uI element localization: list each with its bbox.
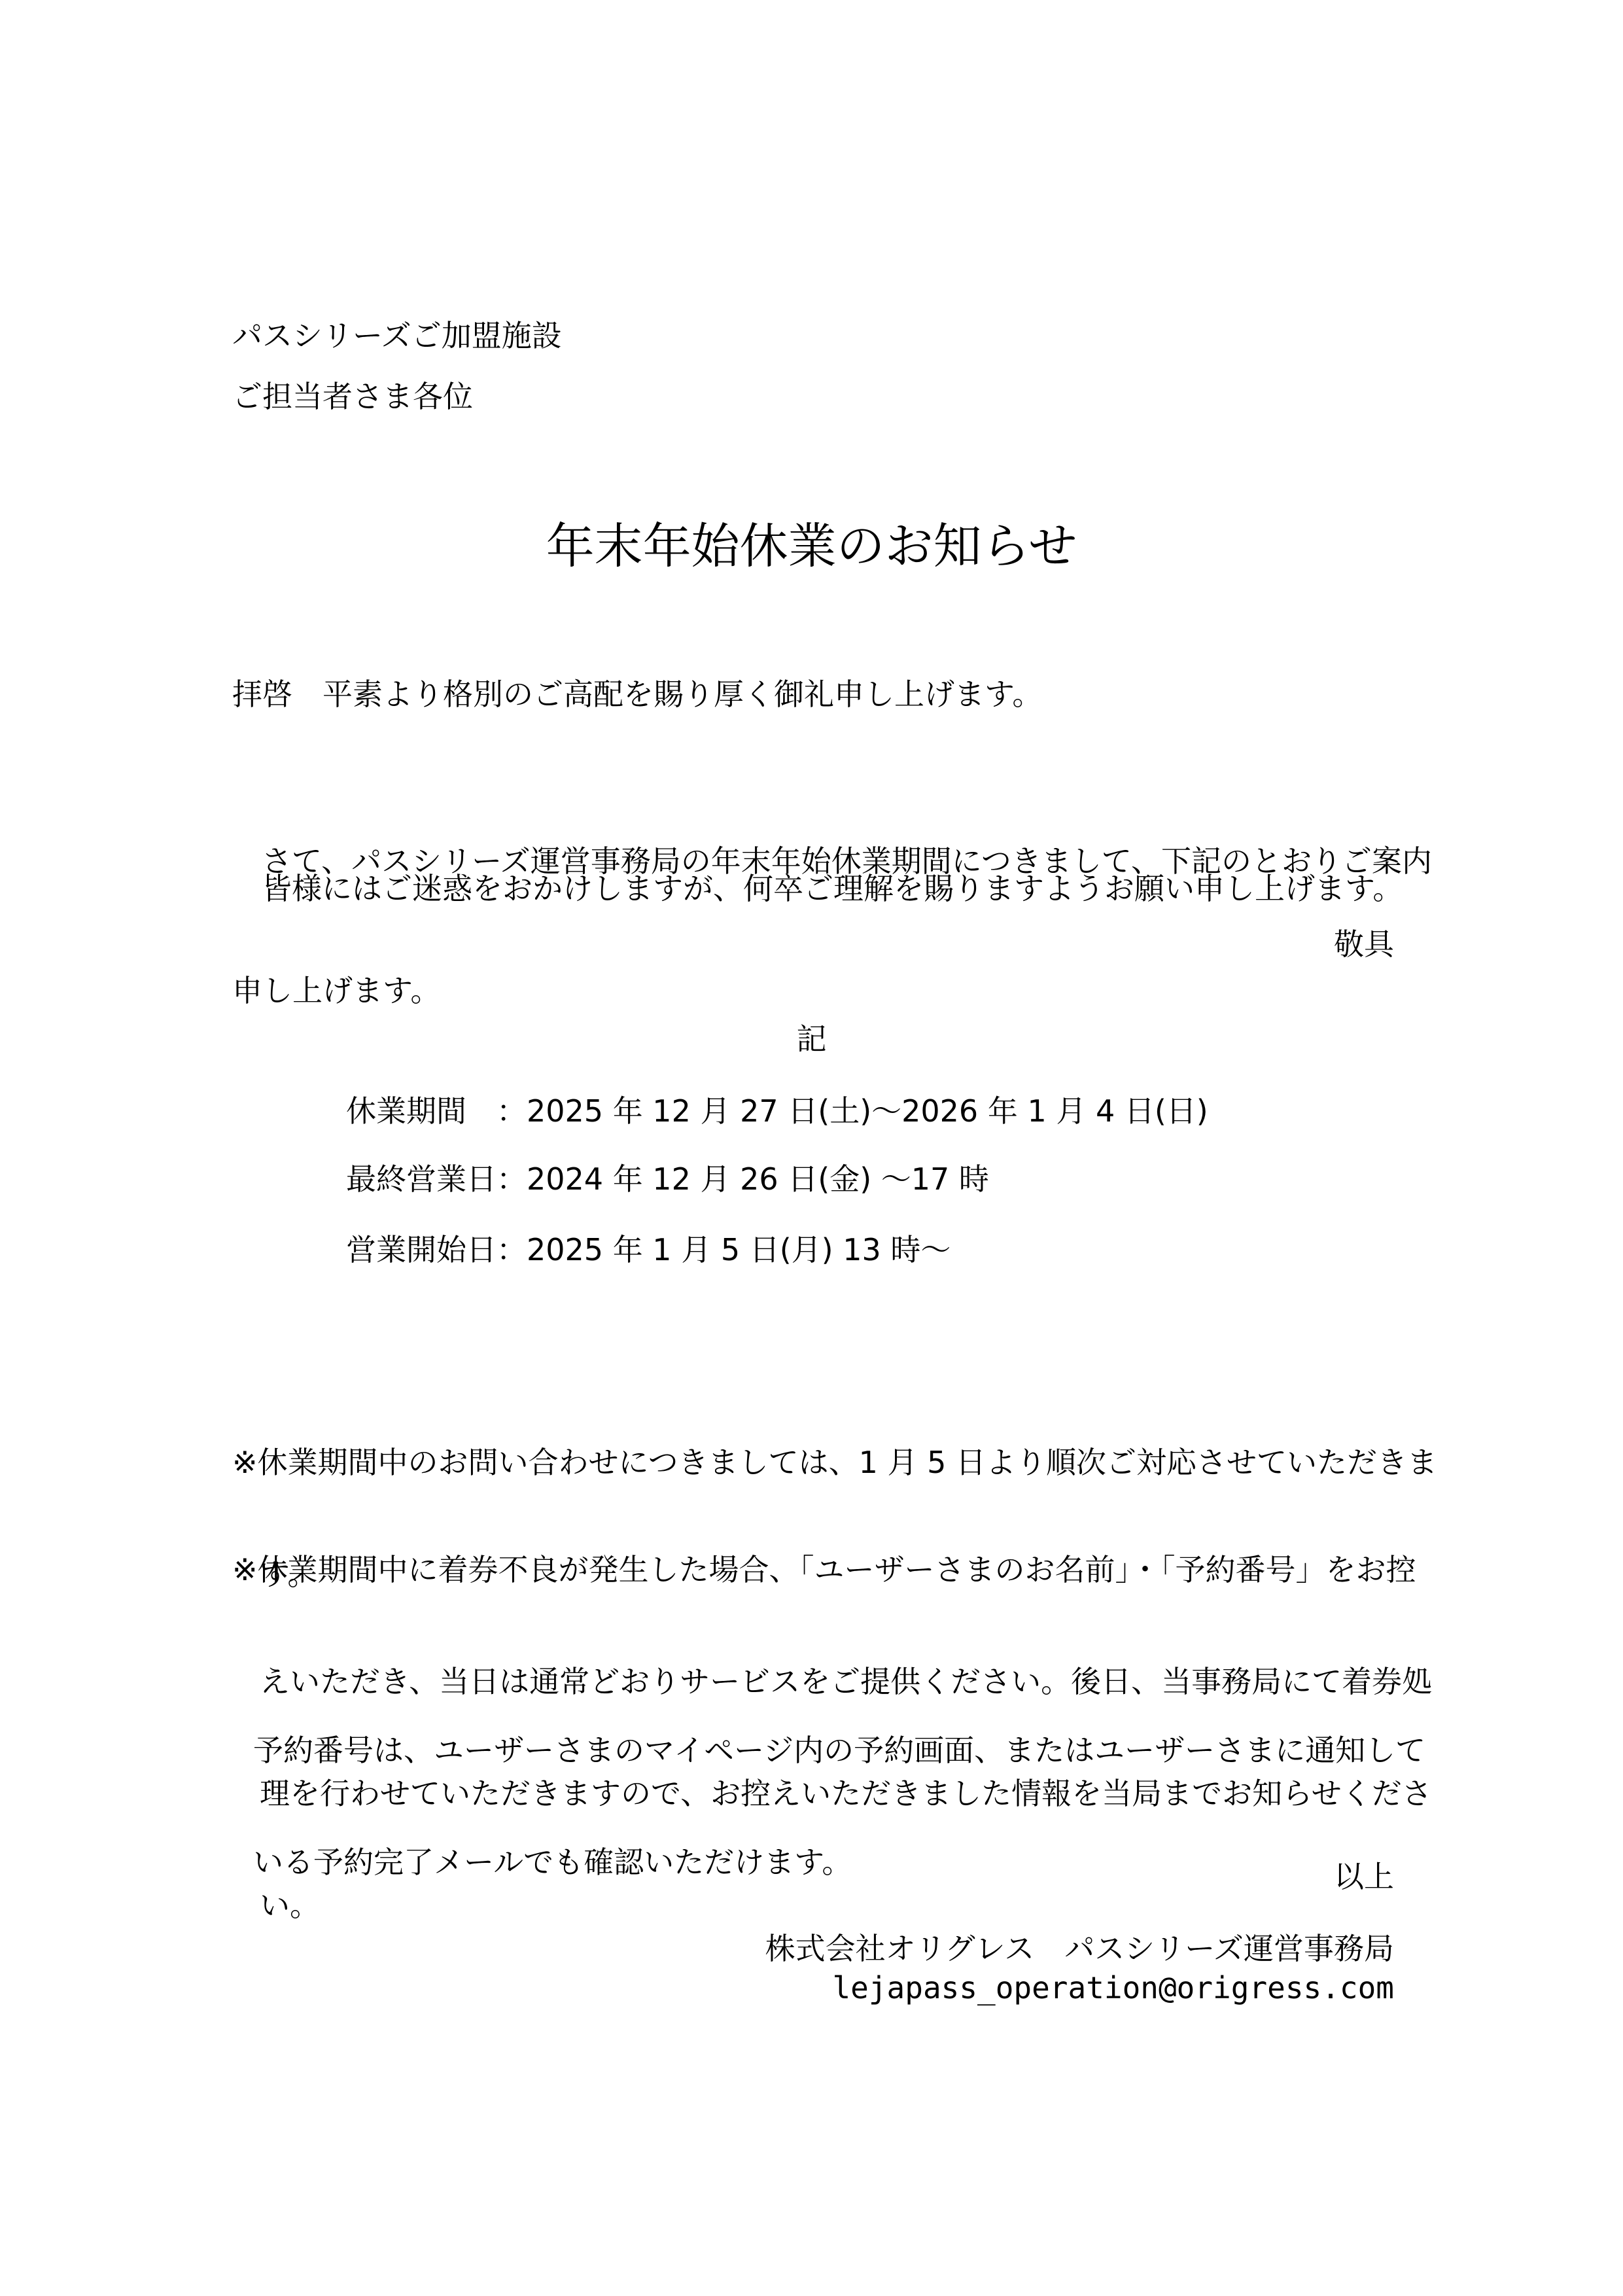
signature-email: lejapass_operation@origress.com xyxy=(832,1969,1394,2007)
signature-company: 株式会社オリグレス パスシリーズ運営事務局 xyxy=(765,1930,1394,1968)
recipient-facility-line: パスシリーズご加盟施設 xyxy=(232,317,562,355)
schedule-closure-period: 休業期間 ：2025 年 12 月 27 日(土)～2026 年 1 月 4 日… xyxy=(346,1093,1208,1130)
closing-word: 敬具 xyxy=(1334,926,1394,963)
schedule-last-business-day: 最終営業日：2024 年 12 月 26 日(金) ～17 時 xyxy=(346,1161,989,1198)
note-inquiries-line-1: ※休業期間中のお問い合わせにつきましては、1 月 5 日より順次ご対応させていた… xyxy=(232,1444,1437,1481)
intro-line-2: 申し上げます。 xyxy=(232,969,1432,1012)
apology-line: 皆様にはご迷惑をおかけしますが、何卒ご理解を賜りますようお願い申し上げます。 xyxy=(262,870,1403,908)
greeting-line: 拝啓 平素より格別のご高配を賜り厚く御礼申し上げます。 xyxy=(232,676,1042,713)
schedule-reopening-day: 営業開始日：2025 年 1 月 5 日(月) 13 時～ xyxy=(346,1231,951,1269)
record-marker: 記 xyxy=(0,1021,1623,1058)
reservation-number-paragraph: 予約番号は、ユーザーさまのマイページ内の予約画面、またはユーザーさまに通知して … xyxy=(253,1657,1425,1918)
reservation-number-line-1: 予約番号は、ユーザーさまのマイページ内の予約画面、またはユーザーさまに通知して xyxy=(253,1732,1425,1769)
notice-title: 年末年始休業のお知らせ xyxy=(0,516,1623,576)
end-word: 以上 xyxy=(1334,1858,1394,1896)
reservation-number-line-2: いる予約完了メールでも確認いただけます。 xyxy=(253,1844,1425,1881)
recipient-person-line: ご担当者さま各位 xyxy=(232,378,473,415)
holiday-notice-document: { "page": { "background": "#ffffff", "te… xyxy=(0,0,1623,2296)
note-ticket-failure-line-1: ※休業期間中に着券不良が発生した場合、「ユーザーさまのお名前」・「予約番号」をお… xyxy=(232,1551,1432,1589)
